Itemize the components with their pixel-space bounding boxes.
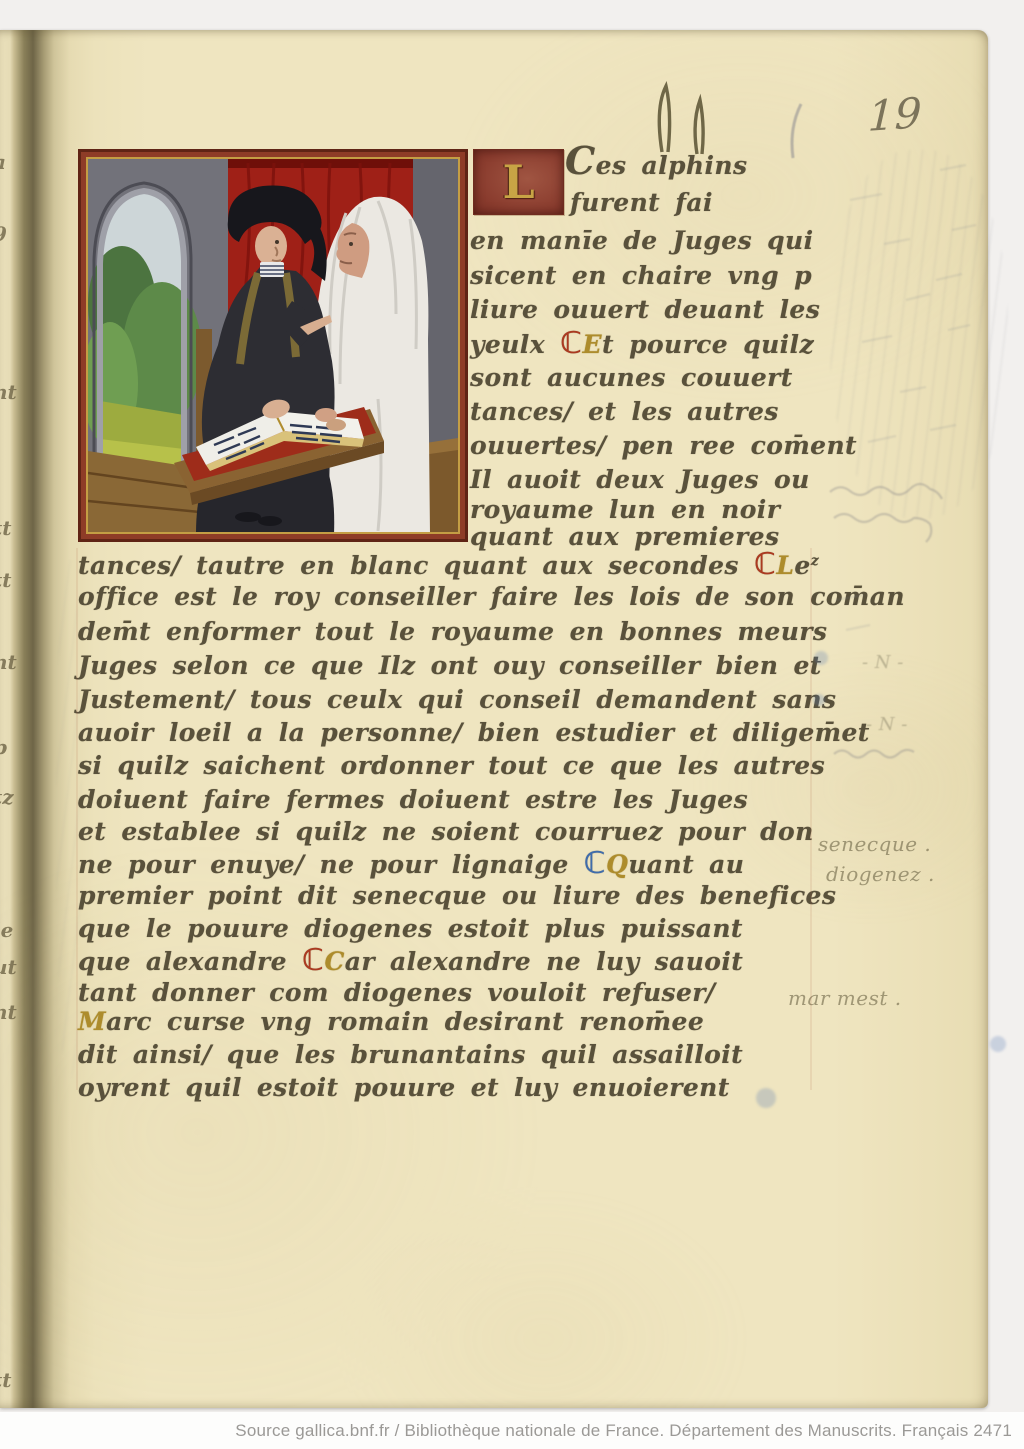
text-segment-ink: liure ouuert deuant les (470, 295, 820, 324)
margin-note: - N - (862, 652, 904, 673)
edge-fragment: p (0, 735, 21, 759)
text-segment-ink: furent fai (570, 188, 713, 217)
text-segment-ink: sont aucunes couuert (470, 363, 793, 392)
text-segment-ink: tances/ tautre en blanc quant aux second… (78, 551, 754, 580)
text-segment-red: ℂ (754, 547, 776, 582)
folio-number: 19 (867, 88, 922, 141)
edge-fragment: tt (0, 516, 21, 540)
manuscript-line: Marc curse vng romain desirant renom̄ee (78, 1007, 704, 1037)
edge-fragment: a (0, 150, 21, 174)
scan-viewport: a9ntttttntptzleutnttt 19 (0, 0, 1024, 1449)
text-segment-ink: et establee si quilz ne soient courruez … (78, 817, 814, 846)
manuscript-line: sont aucunes couuert (470, 363, 793, 393)
text-segment-ink: Justement/ tous ceulx qui conseil demand… (78, 685, 836, 714)
edge-fragment: ut (0, 955, 21, 979)
text-segment-ink: office est le roy conseiller faire les l… (78, 582, 905, 611)
miniature-illustration (78, 149, 468, 542)
text-segment-gold: E (583, 330, 602, 359)
margin-note: mar mest . (788, 986, 902, 1010)
edge-fragment: nt (0, 380, 21, 404)
text-segment-ink: e (794, 551, 810, 580)
manuscript-line: Il auoit deux Juges ou (470, 465, 810, 495)
manuscript-line: Justement/ tous ceulx qui conseil demand… (78, 685, 836, 715)
manuscript-line: yeulx ℂEt pource quilz (470, 329, 814, 360)
manuscript-line: royaume lun en noir (470, 495, 780, 525)
text-segment-red: ℂ (560, 326, 582, 361)
edge-fragment: tz (0, 785, 21, 809)
text-segment-ink: que alexandre (78, 947, 302, 976)
text-segment-ink: en manīe de Juges qui (470, 226, 814, 255)
text-segment-ink: dit ainsi/ que les brunantains quil assa… (78, 1040, 743, 1069)
manuscript-line: doiuent faire fermes doiuent estre les J… (78, 785, 748, 815)
manuscript-line: Juges selon ce que Ilz ont ouy conseille… (78, 651, 822, 681)
text-segment-ink: t pource quilz (602, 330, 814, 359)
text-segment-ink: arc curse vng romain desirant renom̄ee (106, 1007, 704, 1036)
margin-note: senecque . (818, 832, 931, 856)
judge-feet (235, 512, 261, 522)
margin-note: - N - (866, 714, 908, 735)
edge-fragment: 9 (0, 222, 21, 246)
manuscript-line: dem̄t enformer tout le royaume en bonnes… (78, 617, 827, 647)
text-segment-versal: C (565, 138, 596, 183)
edge-fragment: tt (0, 568, 21, 592)
manuscript-line: ouuertes/ pen ree com̄ent (470, 431, 857, 461)
edge-fragment: nt (0, 1000, 21, 1024)
text-segment-ink: sicent en chaire vng p (470, 261, 812, 290)
manuscript-line: que le pouure diogenes estoit plus puiss… (78, 914, 743, 944)
text-segment-ink: oyrent quil estoit pouure et luy enuoier… (78, 1073, 730, 1102)
text-segment-ink: Il auoit deux Juges ou (470, 465, 810, 494)
manuscript-line: sicent en chaire vng p (470, 261, 812, 291)
text-segment-gold: C (324, 947, 344, 976)
text-segment-ink: royaume lun en noir (470, 495, 780, 524)
text-segment-ink: tances/ et les autres (470, 397, 779, 426)
text-segment-red: ℂ (302, 943, 324, 978)
text-segment-blue: ℂ (584, 846, 606, 881)
edge-fragment: tt (0, 1368, 21, 1392)
manuscript-line: tances/ tautre en blanc quant aux second… (78, 546, 819, 581)
manuscript-line: auoir loeil a la personne/ bien estudier… (78, 718, 870, 748)
text-segment-ink: ouuertes/ pen ree com̄ent (470, 431, 857, 460)
text-segment-ink: si quilz saichent ordonner tout ce que l… (78, 751, 825, 780)
text-segment-ink: que le pouure diogenes estoit plus puiss… (78, 914, 743, 943)
manuscript-line: ne pour enuye/ ne pour lignaige ℂQuant a… (78, 849, 744, 880)
text-segment-ink: es alphins (596, 151, 748, 180)
text-segment-gold: M (78, 1007, 106, 1036)
text-segment-gold: Q (606, 850, 628, 879)
miniature-scene (78, 149, 468, 542)
text-segment-ink: doiuent faire fermes doiuent estre les J… (78, 785, 748, 814)
manuscript-line: Ces alphins (565, 146, 747, 181)
text-segment-ink: uant au (628, 850, 744, 879)
manuscript-line: tances/ et les autres (470, 397, 779, 427)
edge-fragment: nt (0, 650, 21, 674)
manuscript-line: furent fai (570, 188, 713, 218)
text-segment-ink: premier point dit senecque ou liure des … (78, 881, 836, 910)
text-segment-ink: dem̄t enformer tout le royaume en bonnes… (78, 617, 827, 646)
manuscript-line: oyrent quil estoit pouure et luy enuoier… (78, 1073, 730, 1103)
manuscript-line: dit ainsi/ que les brunantains quil assa… (78, 1040, 743, 1070)
bleed-patch (830, 150, 1008, 518)
text-segment-ink: ne pour enuye/ ne pour lignaige (78, 850, 584, 879)
source-banner: Source gallica.bnf.fr / Bibliothèque nat… (0, 1412, 1024, 1449)
manuscript-line: que alexandre ℂCar alexandre ne luy sauo… (78, 946, 743, 977)
text-segment-ink: Juges selon ce que Ilz ont ouy conseille… (78, 651, 822, 680)
text-segment-ink: yeulx (470, 330, 560, 359)
manuscript-line: en manīe de Juges qui (470, 226, 814, 256)
margin-note: diogenez . (826, 862, 935, 886)
manuscript-line: liure ouuert deuant les (470, 295, 820, 325)
manuscript-line: si quilz saichent ordonner tout ce que l… (78, 751, 825, 781)
text-segment-gold: L (776, 551, 794, 580)
manuscript-line: et establee si quilz ne soient courruez … (78, 817, 814, 847)
edge-fragment: le (0, 918, 21, 942)
text-segment-sup: z (811, 553, 819, 569)
manuscript-line: office est le roy conseiller faire les l… (78, 582, 905, 612)
manuscript-line: premier point dit senecque ou liure des … (78, 881, 836, 911)
manuscript-line: tant donner com diogenes vouloit refuser… (78, 978, 715, 1008)
decorated-initial-L: L (473, 149, 564, 215)
text-segment-ink: ar alexandre ne luy sauoit (345, 947, 743, 976)
bleed-patch (56, 560, 82, 1080)
text-segment-ink: tant donner com diogenes vouloit refuser… (78, 978, 715, 1007)
initial-letter: L (502, 159, 534, 205)
text-segment-ink: auoir loeil a la personne/ bien estudier… (78, 718, 870, 747)
source-caption: Source gallica.bnf.fr / Bibliothèque nat… (235, 1421, 1012, 1441)
judge-face (255, 226, 287, 266)
